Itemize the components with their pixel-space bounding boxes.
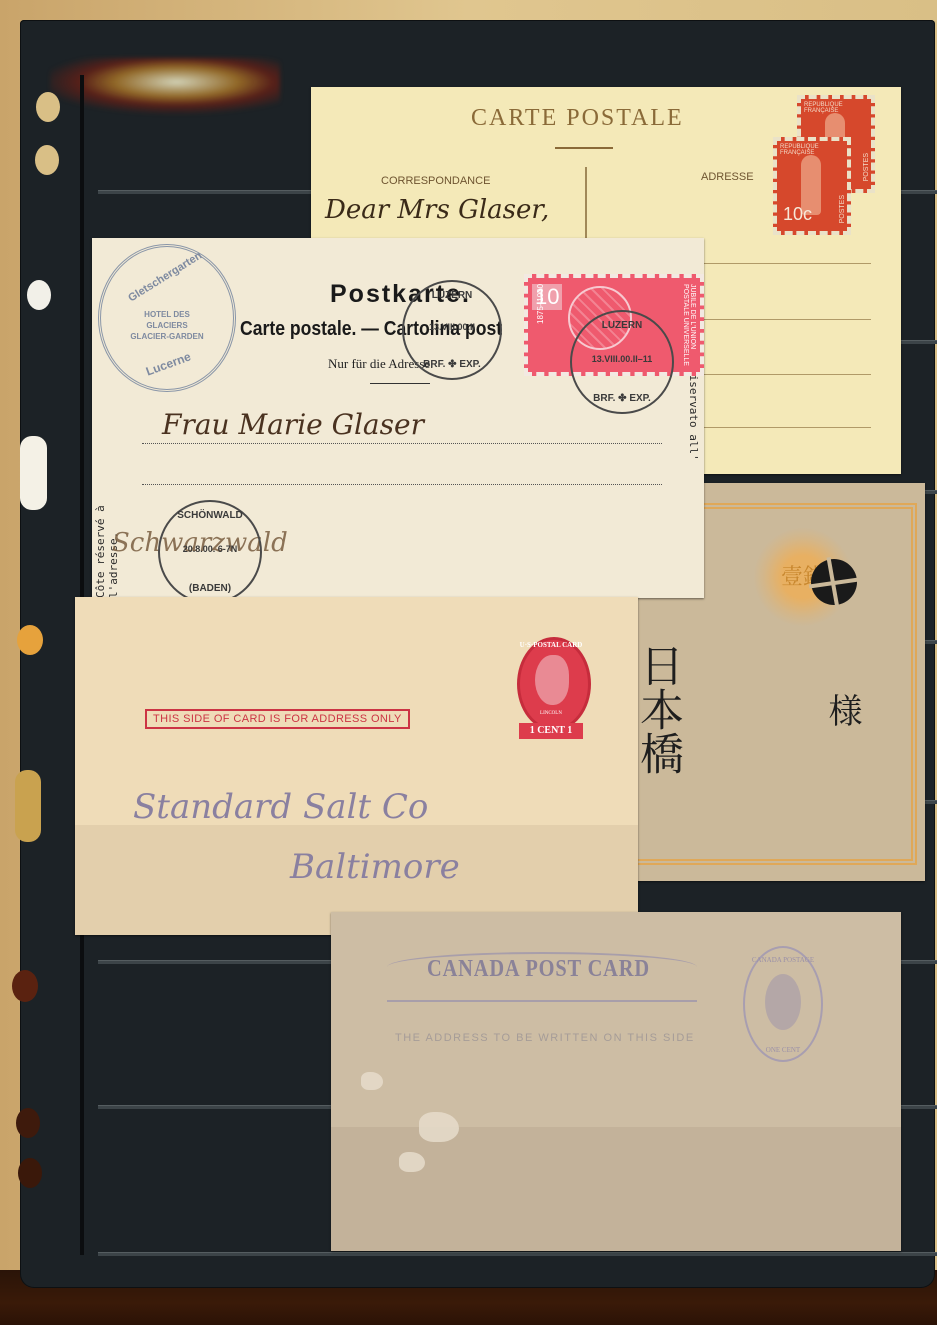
- stamp-victoria-1-cent: CANADA POSTAGE ONE CENT: [743, 946, 823, 1062]
- handwritten-recipient: Standard Salt Co: [133, 787, 428, 827]
- binder-hole: [17, 625, 43, 655]
- binder-hole: [18, 1158, 42, 1188]
- title-rule: [370, 383, 430, 384]
- hotel-seal-stamp: Gletschergarten HOTEL DES GLACIERS GLACI…: [98, 244, 236, 392]
- binder-hole: [16, 1108, 40, 1138]
- correspondence-label: CORRESPONDANCE: [381, 175, 490, 187]
- binder-hole: [35, 145, 59, 175]
- postmark: LUZERN 13.VIII.00.II–11 BRF. ✤ EXP.: [570, 310, 674, 414]
- pocket-strip: [98, 1252, 937, 1256]
- title-rule: [555, 147, 613, 149]
- stamp-sower-10c: REPUBLIQUE FRANÇAISE 10c POSTES: [773, 137, 851, 235]
- card-title: CARTE POSTALE: [471, 105, 684, 132]
- paper-damage: [419, 1112, 459, 1142]
- stamp-lincoln-1-cent: U·S·POSTAL CARD LINCOLN 1 CENT 1: [511, 637, 591, 743]
- side-text-right: riservato all': [687, 368, 700, 461]
- handwritten-recipient: Frau Marie Glaser: [162, 408, 424, 441]
- binder-hole: [27, 280, 51, 310]
- paper-damage: [399, 1152, 425, 1172]
- address-line: [142, 443, 662, 444]
- address-instructions: THE ADDRESS TO BE WRITTEN ON THIS SIDE: [395, 1032, 695, 1044]
- light-glare: [50, 58, 280, 118]
- postcard-canada: CANADA POST CARD THE ADDRESS TO BE WRITT…: [331, 912, 901, 1251]
- pocket-overlap: [331, 1127, 901, 1251]
- address-line: [142, 484, 662, 485]
- card-title: CANADA POST CARD: [427, 956, 650, 983]
- cross-cancel-icon: [811, 559, 857, 605]
- postmark: LUZERN 13.VIII.00.II BRF. ✤ EXP.: [402, 280, 502, 380]
- handwritten-greeting: Dear Mrs Glaser,: [325, 195, 549, 225]
- lincoln-portrait-icon: [535, 655, 569, 705]
- handwritten-city: Baltimore: [290, 847, 460, 887]
- postcard-switzerland: Gletschergarten HOTEL DES GLACIERS GLACI…: [92, 238, 704, 598]
- address-label: ADRESSE: [701, 171, 754, 183]
- handwritten-address: 日本橋: [633, 643, 681, 775]
- binder-hole: [20, 436, 47, 510]
- handwritten-address: 様: [823, 693, 861, 727]
- binder-hole: [12, 970, 38, 1002]
- postmark: SCHÖNWALD 20.8.00. 6-7N (BADEN): [158, 500, 262, 598]
- queen-portrait-icon: [765, 974, 801, 1030]
- binder-hole: [15, 770, 41, 842]
- binder-hole: [36, 92, 60, 122]
- address-only-banner: THIS SIDE OF CARD IS FOR ADDRESS ONLY: [145, 709, 410, 729]
- paper-damage: [361, 1072, 383, 1090]
- postcard-usa: THIS SIDE OF CARD IS FOR ADDRESS ONLY U·…: [75, 597, 638, 935]
- side-text-left: Côte réservé à l'adresse.: [94, 438, 120, 598]
